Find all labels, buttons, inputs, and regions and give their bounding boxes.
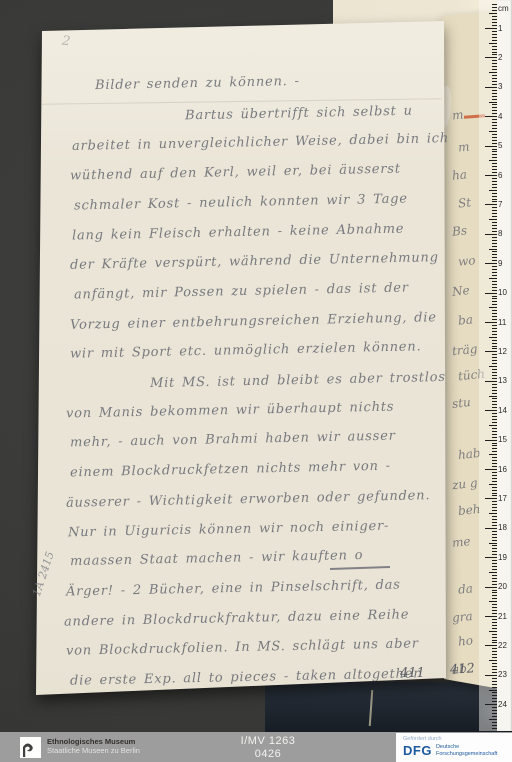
ruler-tick [489, 631, 497, 632]
dfg-funding-box: Gefördert durch DFG Deutsche Forschungsg… [396, 733, 512, 762]
ruler-tick [485, 28, 497, 29]
ruler-tick [489, 366, 497, 367]
ruler-tick [485, 469, 497, 470]
ruler-tick [489, 102, 497, 103]
ruler-cm-number: 12 [498, 347, 511, 356]
shelfmark: I/MV 1263 [188, 735, 348, 748]
ruler-cm-number: 19 [498, 553, 511, 562]
ruler-cm-number: 5 [498, 141, 511, 150]
ruler-cm-number: 1 [498, 24, 511, 33]
ruler-cm-number: 24 [498, 700, 511, 709]
ruler-tick [485, 440, 497, 441]
ruler-tick [485, 57, 497, 58]
binding-thread [369, 690, 374, 726]
ruler-tick [489, 425, 497, 426]
ruler-cm-number: 8 [498, 229, 511, 238]
ruler-tick [485, 528, 497, 529]
ruler-tick [485, 704, 497, 705]
ruler-tick [485, 587, 497, 588]
ruler-tick [489, 396, 497, 397]
ruler-tick [489, 454, 497, 455]
ruler-tick [489, 513, 497, 514]
ruler-tick [489, 307, 497, 308]
ruler-tick [489, 72, 497, 73]
ruler-tick [489, 719, 497, 720]
book-binding [265, 682, 512, 732]
ruler-tick [489, 249, 497, 250]
ruler-tick [485, 234, 497, 235]
ruler-unit-label: cm [498, 4, 509, 13]
dfg-org-name: Deutsche Forschungsgemeinschaft [436, 744, 497, 757]
dfg-name-line2: Forschungsgemeinschaft [436, 751, 497, 757]
ruler-tick [485, 498, 497, 499]
smb-logo-icon [20, 737, 41, 758]
ruler-cm-number: 7 [498, 200, 511, 209]
ruler-tick [485, 351, 497, 352]
ruler-cm-number: 20 [498, 582, 511, 591]
institution-block: Ethnologisches Museum Staatliche Museen … [47, 737, 140, 755]
ruler-tick [485, 381, 497, 382]
manuscript-scan-viewer: 2 1A 2415 Bilder senden zu können. -Bart… [0, 0, 512, 762]
institution-name: Ethnologisches Museum [47, 737, 140, 746]
ruler-tick [489, 13, 497, 14]
ruler-cm-number: 17 [498, 494, 511, 503]
ruler-tick [489, 278, 497, 279]
measurement-ruler: cm 1234567891011121314151617181920212223… [479, 0, 512, 731]
ruler-tick [485, 410, 497, 411]
ruler-cm-number: 9 [498, 259, 511, 268]
ruler-cm-number: 6 [498, 171, 511, 180]
ruler-tick [489, 160, 497, 161]
dfg-logo: DFG Deutsche Forschungsgemeinschaft [403, 743, 497, 758]
ruler-tick [489, 43, 497, 44]
ruler-cm-number: 2 [498, 53, 511, 62]
institution-subtitle: Staatliche Museen zu Berlin [47, 746, 140, 755]
ruler-tick [489, 484, 497, 485]
ruler-tick [485, 322, 497, 323]
ruler-tick [485, 645, 497, 646]
ruler-cm-number: 15 [498, 435, 511, 444]
shelfmark-block: I/MV 1263 0426 [188, 735, 348, 761]
ruler-ticks [479, 0, 497, 731]
ruler-cm-number: 4 [498, 112, 511, 121]
ruler-tick [489, 131, 497, 132]
ruler-cm-number: 3 [498, 82, 511, 91]
ruler-cm-number: 14 [498, 406, 511, 415]
ruler-cm-number: 10 [498, 288, 511, 297]
ruler-tick [489, 219, 497, 220]
ruler-tick [489, 660, 497, 661]
ruler-tick [489, 572, 497, 573]
ruler-tick [485, 146, 497, 147]
ruler-cm-number: 11 [498, 318, 511, 327]
ruler-tick [485, 263, 497, 264]
ruler-tick [485, 675, 497, 676]
ruler-cm-number: 21 [498, 612, 511, 621]
dfg-abbr: DFG [403, 743, 432, 758]
ruler-cm-number: 23 [498, 670, 511, 679]
ruler-scale: cm 1234567891011121314151617181920212223… [497, 0, 512, 731]
dfg-name-line1: Deutsche [436, 744, 459, 750]
ruler-tick [485, 204, 497, 205]
image-number: 0426 [188, 748, 348, 761]
ruler-tick [485, 557, 497, 558]
ruler-cm-number: 16 [498, 465, 511, 474]
ruler-cm-number: 18 [498, 523, 511, 532]
ruler-cm-number: 13 [498, 376, 511, 385]
ruler-tick [489, 190, 497, 191]
ruler-tick [489, 337, 497, 338]
ruler-tick [485, 87, 497, 88]
funding-note: Gefördert durch [403, 736, 442, 742]
footer-bar: Ethnologisches Museum Staatliche Museen … [0, 732, 512, 762]
ruler-tick [485, 116, 497, 117]
ruler-tick [489, 543, 497, 544]
ruler-tick [485, 175, 497, 176]
ruler-tick [485, 616, 497, 617]
ruler-tick [489, 690, 497, 691]
ruler-tick [485, 293, 497, 294]
ruler-cm-number: 22 [498, 641, 511, 650]
scan-backdrop [0, 0, 512, 762]
ruler-tick [489, 601, 497, 602]
